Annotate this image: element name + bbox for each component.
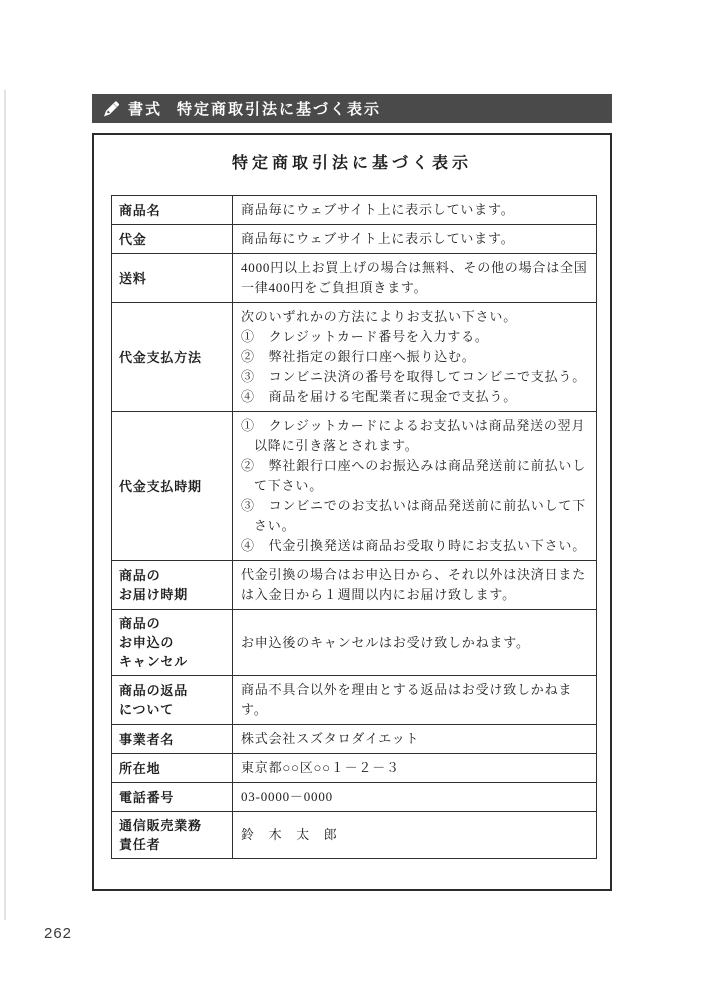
row-label: 所在地 (112, 754, 233, 783)
row-label: 通信販売業務 責任者 (112, 812, 233, 859)
table-row-payment-method: 代金支払方法 次のいずれかの方法によりお支払い下さい。 ① クレジットカード番号… (112, 303, 597, 412)
row-label: 商品の お届け時期 (112, 561, 233, 610)
row-value: 03-0000－0000 (233, 783, 597, 812)
page-number: 262 (44, 925, 72, 942)
payment-method-item: ② 弊社指定の銀行口座へ振り込む。 (241, 347, 589, 367)
row-label: 代金支払時期 (112, 412, 233, 561)
payment-timing-item: ③ コンビニでのお支払いは商品発送前に前払いして下さい。 (241, 496, 589, 536)
scan-edge (4, 90, 6, 920)
row-value: 商品毎にウェブサイト上に表示しています。 (233, 225, 597, 254)
table-row-price: 代金 商品毎にウェブサイト上に表示しています。 (112, 225, 597, 254)
table-row-product-name: 商品名 商品毎にウェブサイト上に表示しています。 (112, 196, 597, 225)
row-value: ① クレジットカードによるお支払いは商品発送の翌月以降に引き落とされます。 ② … (233, 412, 597, 561)
row-label: 代金 (112, 225, 233, 254)
table-row-shipping: 送料 4000円以上お買上げの場合は無料、その他の場合は全国一律400円をご負担… (112, 254, 597, 303)
payment-method-item: ① クレジットカード番号を入力する。 (241, 327, 589, 347)
row-label: 商品の お申込の キャンセル (112, 610, 233, 676)
row-value: 商品不具合以外を理由とする返品はお受け致しかねます。 (233, 676, 597, 725)
payment-timing-item: ④ 代金引換発送は商品お受取り時にお支払い下さい。 (241, 536, 589, 556)
row-label: 事業者名 (112, 725, 233, 754)
payment-method-intro: 次のいずれかの方法によりお支払い下さい。 (241, 307, 589, 327)
row-value: 鈴 木 太 郎 (233, 812, 597, 859)
row-label: 送料 (112, 254, 233, 303)
row-label: 電話番号 (112, 783, 233, 812)
table-row-delivery-time: 商品の お届け時期 代金引換の場合はお申込日から、それ以外は決済日または入金日か… (112, 561, 597, 610)
format-header-bar: 書式 特定商取引法に基づく表示 (92, 94, 612, 123)
document-box: 特定商取引法に基づく表示 商品名 商品毎にウェブサイト上に表示しています。 代金… (92, 133, 612, 891)
payment-timing-item: ① クレジットカードによるお支払いは商品発送の翌月以降に引き落とされます。 (241, 416, 589, 456)
row-value: 東京都○○区○○１－２－３ (233, 754, 597, 783)
table-row-address: 所在地 東京都○○区○○１－２－３ (112, 754, 597, 783)
pencil-icon (101, 99, 121, 119)
row-value: 商品毎にウェブサイト上に表示しています。 (233, 196, 597, 225)
row-value: 代金引換の場合はお申込日から、それ以外は決済日または入金日から１週間以内にお届け… (233, 561, 597, 610)
row-label: 商品の返品 について (112, 676, 233, 725)
table-row-phone: 電話番号 03-0000－0000 (112, 783, 597, 812)
row-value: 次のいずれかの方法によりお支払い下さい。 ① クレジットカード番号を入力する。 … (233, 303, 597, 412)
table-row-business-name: 事業者名 株式会社スズタロダイエット (112, 725, 597, 754)
payment-method-item: ③ コンビニ決済の番号を取得してコンビニで支払う。 (241, 367, 589, 387)
book-page: 書式 特定商取引法に基づく表示 特定商取引法に基づく表示 商品名 商品毎にウェブ… (0, 0, 704, 1000)
table-row-cancellation: 商品の お申込の キャンセル お申込後のキャンセルはお受け致しかねます。 (112, 610, 597, 676)
row-value: お申込後のキャンセルはお受け致しかねます。 (233, 610, 597, 676)
payment-method-item: ④ 商品を届ける宅配業者に現金で支払う。 (241, 387, 589, 407)
document-title: 特定商取引法に基づく表示 (94, 153, 610, 175)
row-value: 4000円以上お買上げの場合は無料、その他の場合は全国一律400円をご負担頂きま… (233, 254, 597, 303)
payment-timing-item: ② 弊社銀行口座へのお振込みは商品発送前に前払いして下さい。 (241, 456, 589, 496)
table-row-responsible-person: 通信販売業務 責任者 鈴 木 太 郎 (112, 812, 597, 859)
format-badge-label: 書式 (128, 98, 162, 119)
row-label: 商品名 (112, 196, 233, 225)
row-value: 株式会社スズタロダイエット (233, 725, 597, 754)
table-row-payment-timing: 代金支払時期 ① クレジットカードによるお支払いは商品発送の翌月以降に引き落とさ… (112, 412, 597, 561)
sctl-table: 商品名 商品毎にウェブサイト上に表示しています。 代金 商品毎にウェブサイト上に… (111, 195, 597, 859)
table-row-returns: 商品の返品 について 商品不具合以外を理由とする返品はお受け致しかねます。 (112, 676, 597, 725)
format-bar-title: 特定商取引法に基づく表示 (177, 98, 381, 119)
row-label: 代金支払方法 (112, 303, 233, 412)
